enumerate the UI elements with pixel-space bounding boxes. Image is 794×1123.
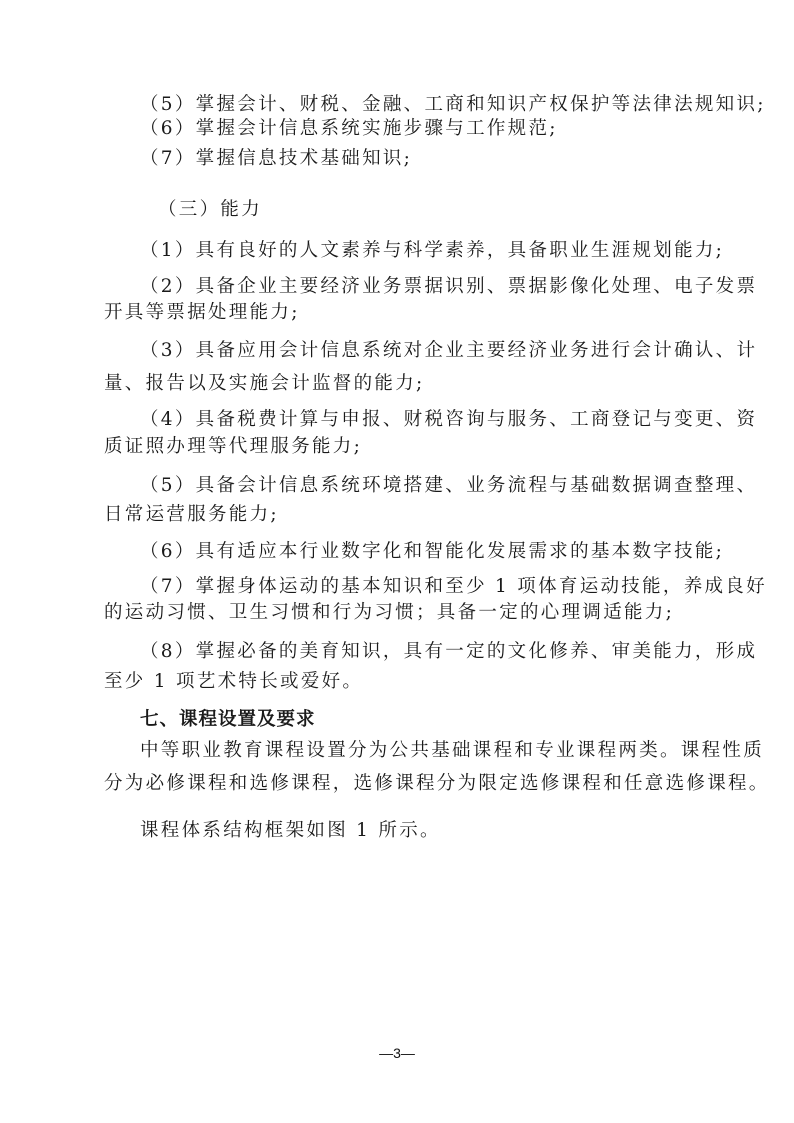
ability-item-2-line-1: （2）具备企业主要经济业务票据识别、票据影像化处理、电子发票 bbox=[140, 276, 757, 298]
section-7-heading: 七、课程设置及要求 bbox=[140, 709, 316, 731]
ability-item-7-line-1: （7）掌握身体运动的基本知识和至少 1 项体育运动技能，养成良好 bbox=[140, 576, 767, 598]
section-7-para-2: 课程体系结构框架如图 1 所示。 bbox=[140, 820, 441, 842]
ability-item-1: （1）具有良好的人文素养与科学素养，具备职业生涯规划能力; bbox=[140, 240, 724, 262]
ability-item-3-line-1: （3）具备应用会计信息系统对企业主要经济业务进行会计确认、计 bbox=[140, 340, 757, 362]
ability-item-4-line-2: 质证照办理等代理服务能力; bbox=[104, 436, 362, 458]
knowledge-item-6: （6）掌握会计信息系统实施步骤与工作规范; bbox=[140, 118, 558, 140]
page-number: —3— bbox=[0, 1045, 794, 1061]
knowledge-item-5: （5）掌握会计、财税、金融、工商和知识产权保护等法律法规知识; bbox=[140, 94, 766, 116]
ability-item-5-line-2: 日常运营服务能力; bbox=[104, 504, 279, 526]
ability-item-6: （6）具有适应本行业数字化和智能化发展需求的基本数字技能; bbox=[140, 541, 724, 563]
ability-item-5-line-1: （5）具备会计信息系统环境搭建、业务流程与基础数据调查整理、 bbox=[140, 475, 757, 497]
ability-item-2-line-2: 开具等票据处理能力; bbox=[104, 302, 300, 324]
ability-item-7-line-2: 的运动习惯、卫生习惯和行为习惯；具备一定的心理调适能力; bbox=[104, 602, 674, 624]
ability-heading: （三）能力 bbox=[158, 199, 262, 221]
section-7-para-1-line-1: 中等职业教育课程设置分为公共基础课程和专业课程两类。课程性质 bbox=[140, 740, 764, 762]
knowledge-item-7: （7）掌握信息技术基础知识; bbox=[140, 148, 412, 170]
ability-item-8-line-2: 至少 1 项艺术特长或爱好。 bbox=[104, 671, 363, 693]
ability-item-3-line-2: 量、报告以及实施会计监督的能力; bbox=[104, 373, 425, 395]
ability-item-4-line-1: （4）具备税费计算与申报、财税咨询与服务、工商登记与变更、资 bbox=[140, 409, 757, 431]
ability-item-8-line-1: （8）掌握必备的美育知识，具有一定的文化修养、审美能力，形成 bbox=[140, 641, 757, 663]
section-7-para-1-line-2: 分为必修课程和选修课程，选修课程分为限定选修课程和任意选修课程。 bbox=[104, 773, 770, 795]
